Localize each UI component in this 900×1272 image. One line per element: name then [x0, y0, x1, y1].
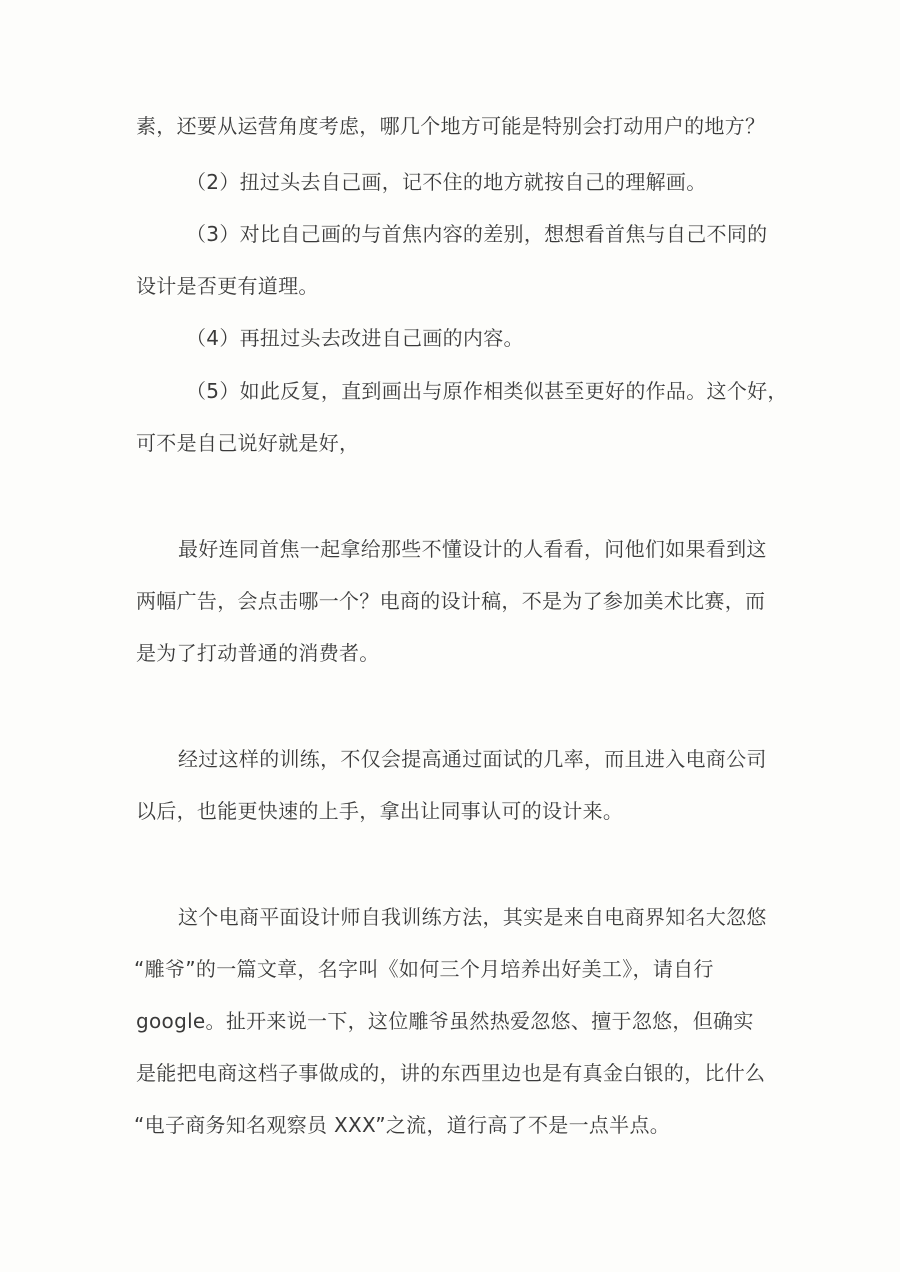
text-line: 以后，也能更快速的上手，拿出让同事认可的设计来。	[136, 797, 623, 825]
list-item-2: （2）扭过头去自己画，记不住的地方就按自己的理解画。	[186, 168, 707, 196]
list-item-3: （3）对比自己画的与首焦内容的差别，想想看首焦与自己不同的	[186, 220, 767, 248]
paragraph-start: 这个电商平面设计师自我训练方法，其实是来自电商界知名大忽悠	[178, 903, 767, 931]
list-item-4: （4）再扭过头去改进自己画的内容。	[186, 324, 524, 352]
text-line: 两幅广告，会点击哪一个？电商的设计稿，不是为了参加美术比赛，而	[136, 587, 765, 615]
text-line: 设计是否更有道理。	[136, 272, 319, 300]
text-line: 是为了打动普通的消费者。	[136, 639, 380, 667]
text-line: 是能把电商这档子事做成的，讲的东西里边也是有真金白银的，比什么	[136, 1059, 765, 1087]
text-line: google。扯开来说一下，这位雕爷虽然热爱忽悠、擅于忽悠，但确实	[136, 1007, 754, 1035]
text-line: “雕爷”的一篇文章，名字叫《如何三个月培养出好美工》，请自行	[134, 955, 714, 983]
text-line: 可不是自己说好就是好，	[136, 429, 359, 457]
paragraph-start: 最好连同首焦一起拿给那些不懂设计的人看看，问他们如果看到这	[178, 535, 767, 563]
list-item-5: （5）如此反复，直到画出与原作相类似甚至更好的作品。这个好，	[186, 377, 788, 405]
text-line: “电子商务知名观察员 XXX”之流，道行高了不是一点半点。	[134, 1111, 670, 1139]
paragraph-start: 经过这样的训练，不仅会提高通过面试的几率，而且进入电商公司	[178, 745, 767, 773]
text-line: 素，还要从运营角度考虑，哪几个地方可能是特别会打动用户的地方？	[136, 112, 765, 140]
